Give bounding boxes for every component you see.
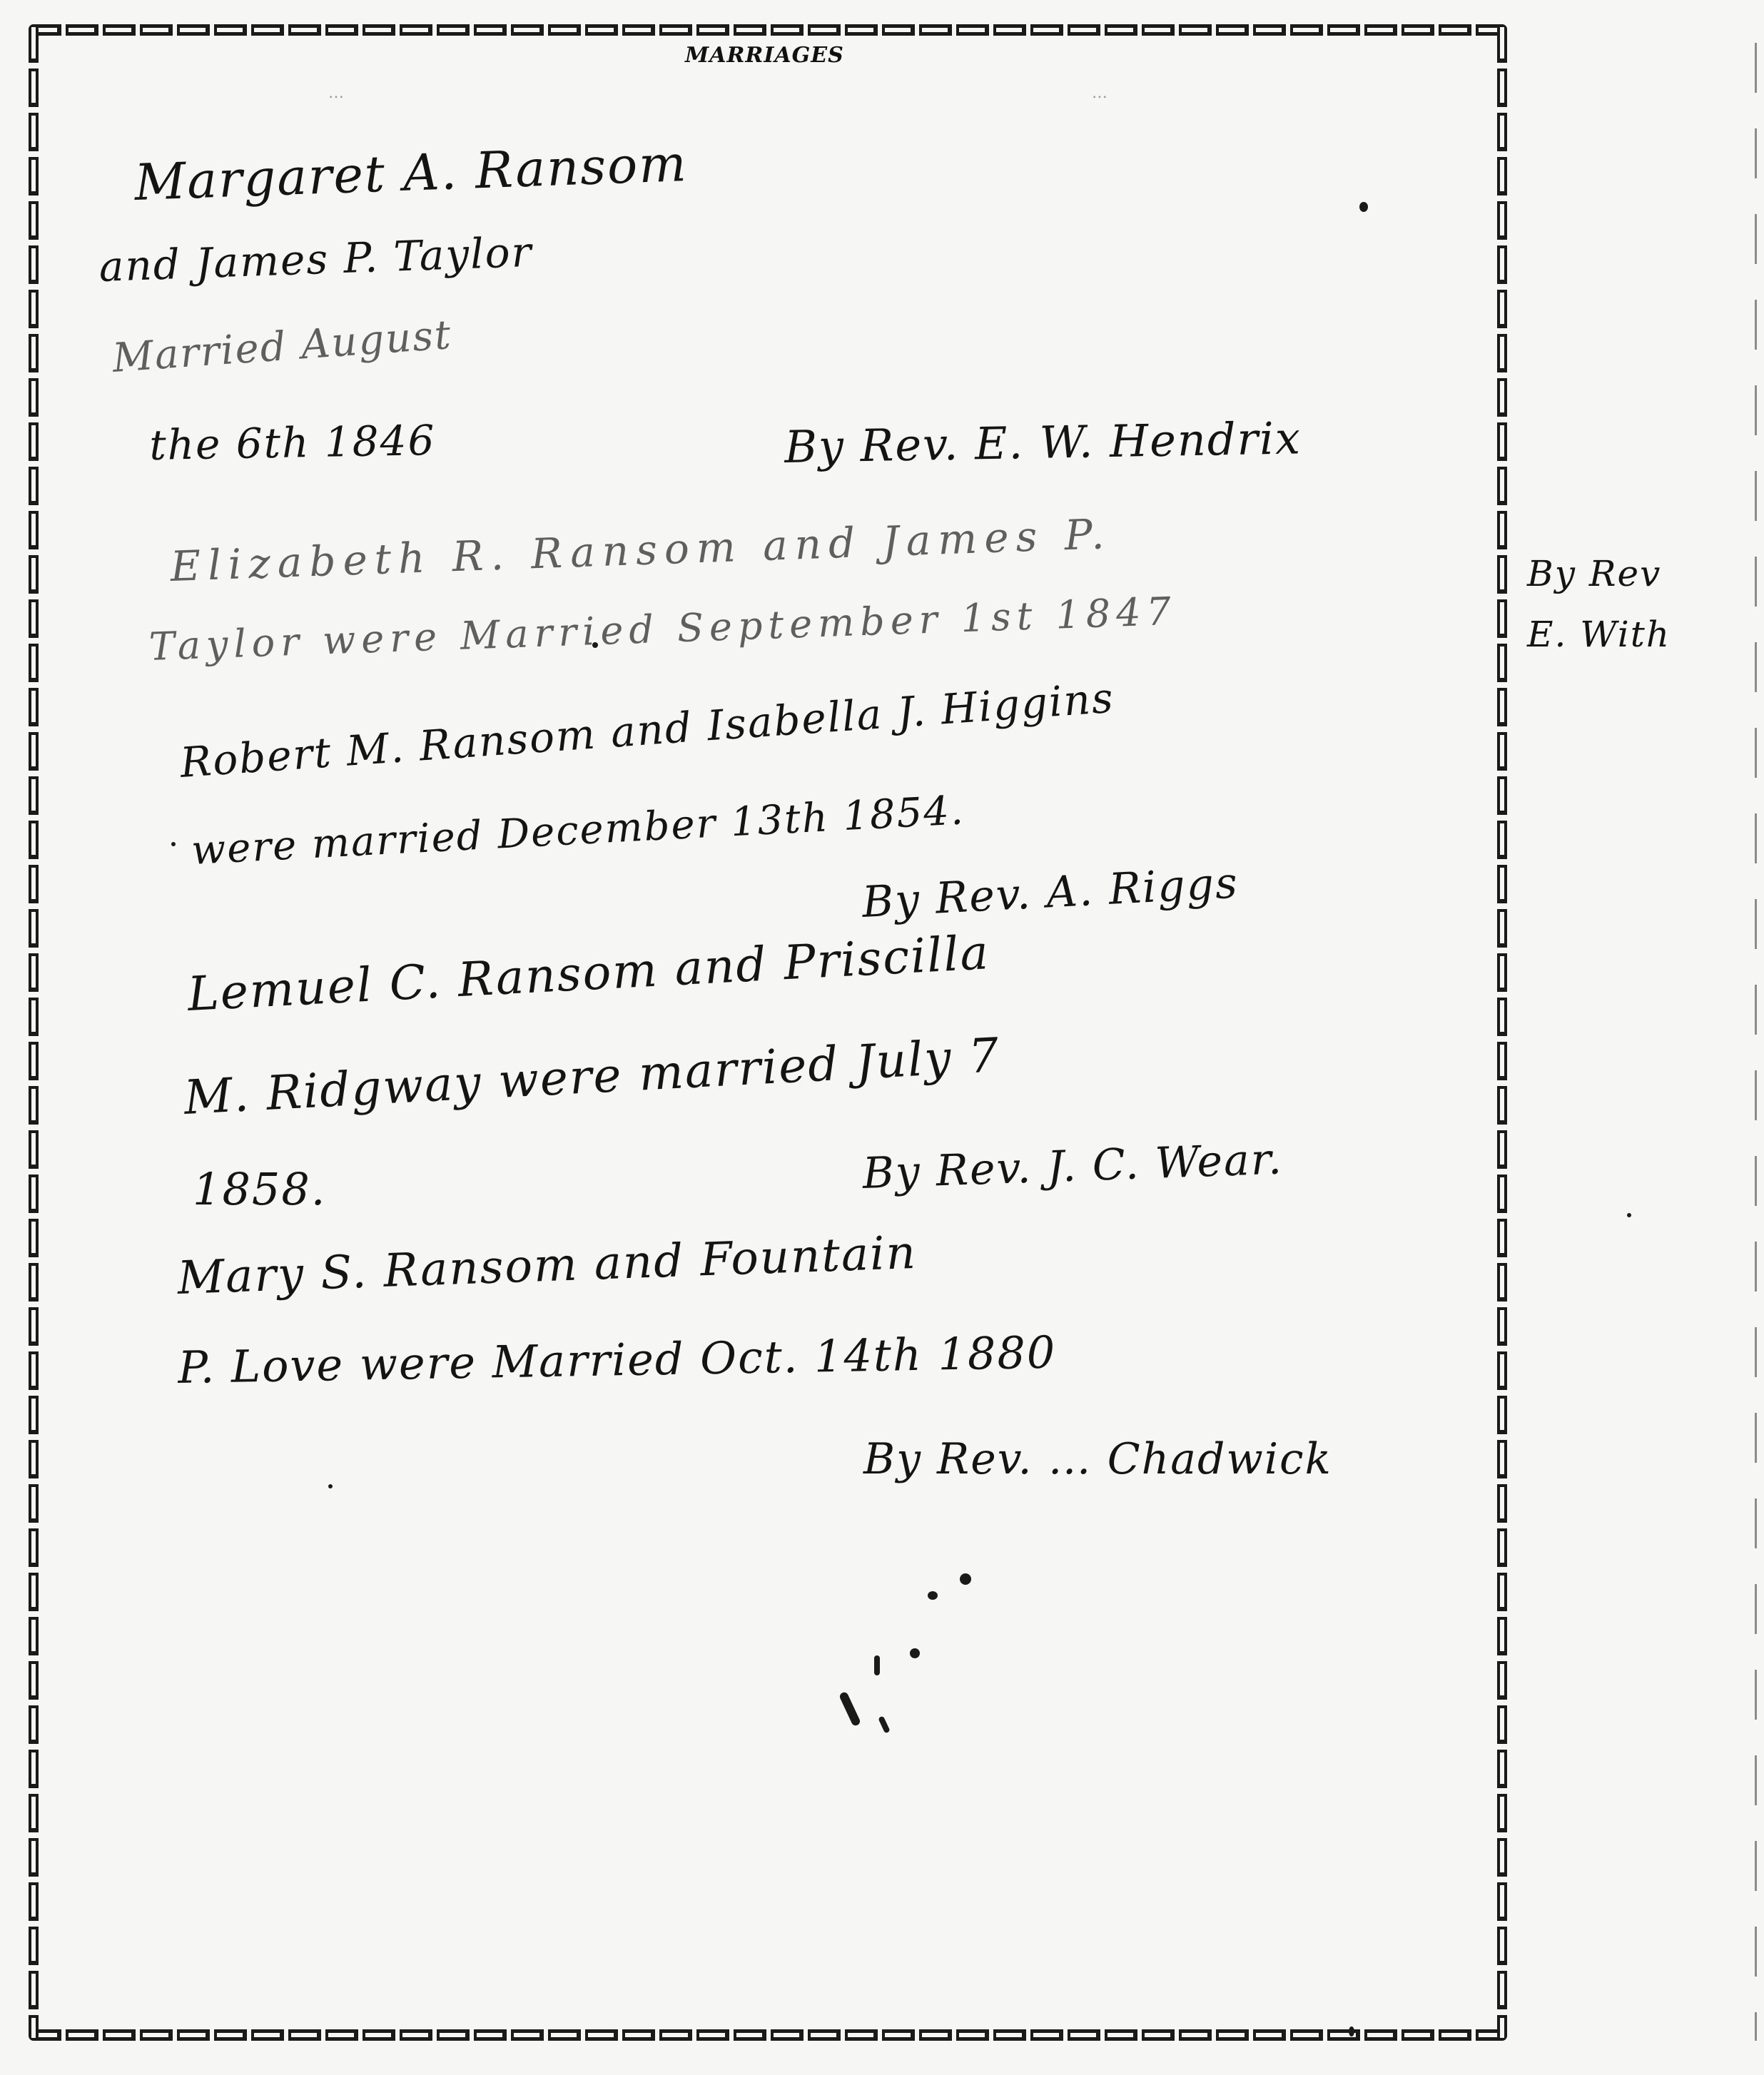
entry-line: 1858. — [193, 1163, 327, 1215]
scan-speck — [328, 1484, 333, 1488]
border-left — [29, 24, 39, 2041]
scan-speck — [960, 1573, 971, 1585]
scan-speck — [1627, 1213, 1631, 1217]
border-top — [29, 24, 1507, 36]
scan-speck — [1359, 202, 1368, 212]
border-bottom — [29, 2029, 1507, 2041]
scan-speck — [874, 1655, 880, 1675]
marriage-record-page: MARRIAGES … … Margaret A. Ransom and Jam… — [0, 0, 1764, 2075]
scan-speck — [171, 842, 176, 846]
scan-speck — [910, 1648, 920, 1658]
entry-line: the 6th 1846 — [149, 416, 436, 470]
scan-speck — [1349, 2026, 1354, 2036]
column-header-left: … — [328, 84, 346, 102]
margin-note: By Rev — [1527, 553, 1661, 594]
margin-note: E. With — [1527, 614, 1671, 655]
column-header-right: … — [1092, 84, 1110, 102]
scan-speck — [928, 1591, 938, 1600]
page-heading: MARRIAGES — [685, 43, 844, 68]
scan-speck — [592, 642, 598, 648]
border-right — [1497, 24, 1507, 2041]
scan-edge-line — [1755, 43, 1757, 2041]
officiant-line: By Rev. … Chadwick — [863, 1434, 1332, 1484]
officiant-line: By Rev. E. W. Hendrix — [784, 412, 1302, 473]
